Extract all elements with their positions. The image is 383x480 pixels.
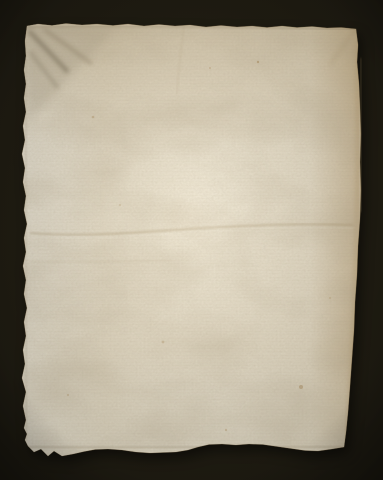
blank-manuscript-leaf-photo: [0, 0, 383, 480]
archival-photo-frame: [0, 0, 383, 480]
photo-vignette: [0, 0, 383, 480]
